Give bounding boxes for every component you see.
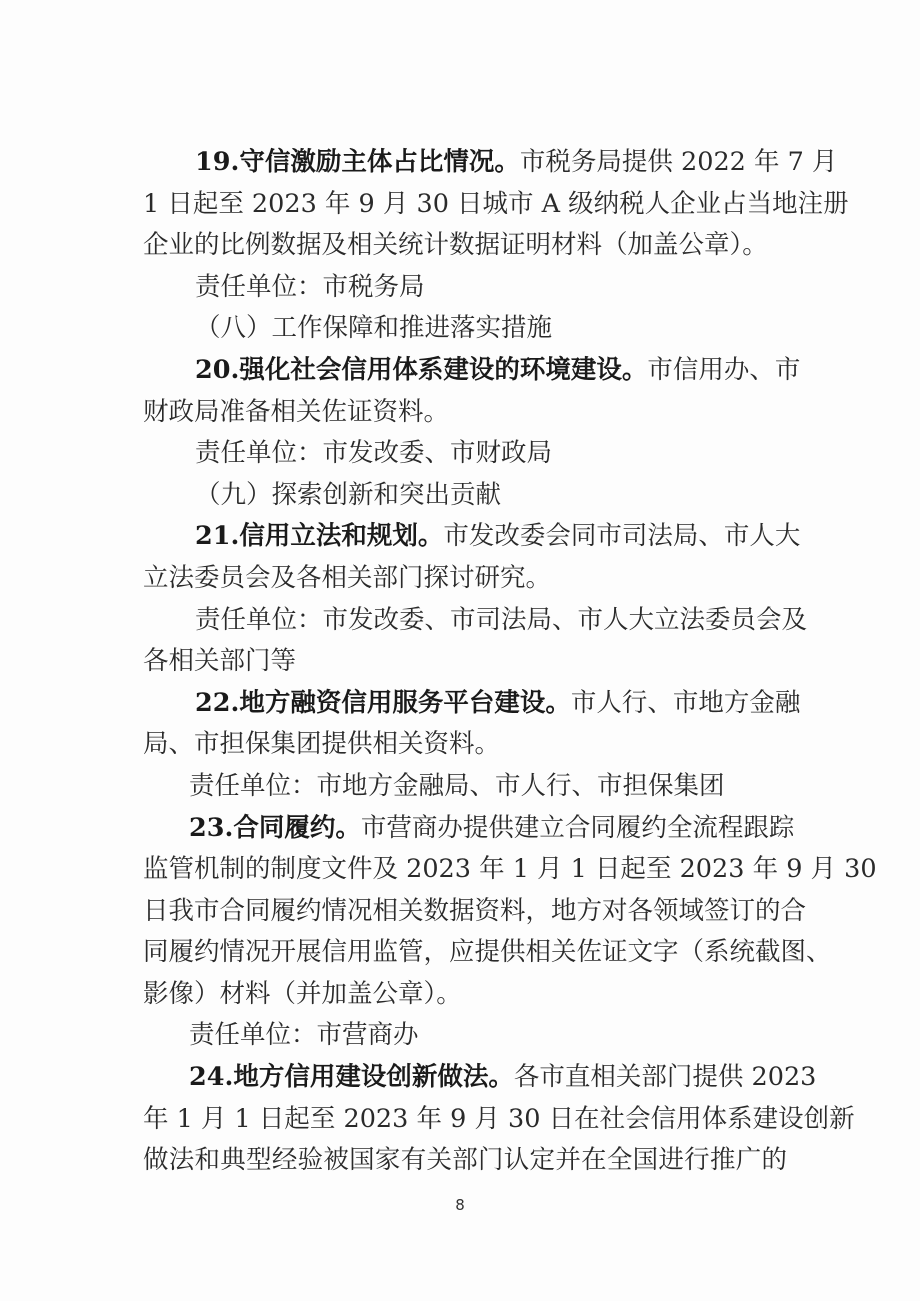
item-text: 市税务局提供 2022 年 7 月 xyxy=(520,147,838,177)
subsection-heading: （八）工作保障和推进落实措施 xyxy=(143,308,787,350)
paragraph-line: 19.守信激励主体占比情况。市税务局提供 2022 年 7 月 xyxy=(143,142,787,184)
paragraph-line: 21.信用立法和规划。市发改委会同市司法局、市人大 xyxy=(143,516,787,558)
paragraph-line: 财政局准备相关佐证资料。 xyxy=(143,392,787,434)
document-body: 19.守信激励主体占比情况。市税务局提供 2022 年 7 月 1 日起至 20… xyxy=(143,142,787,1182)
paragraph-line: 影像）材料（并加盖公章）。 xyxy=(143,974,787,1016)
item-heading: 地方信用建设创新做法。 xyxy=(233,1062,514,1092)
item-text: 市营商办提供建立合同履约全流程跟踪 xyxy=(361,813,795,843)
responsible-unit-continued: 各相关部门等 xyxy=(143,641,787,683)
item-number: 21. xyxy=(195,521,239,551)
paragraph-line: 20.强化社会信用体系建设的环境建设。市信用办、市 xyxy=(143,350,787,392)
item-text: 市人行、市地方金融 xyxy=(571,688,801,718)
responsible-unit: 责任单位：市发改委、市司法局、市人大立法委员会及 xyxy=(143,600,787,642)
item-number: 19. xyxy=(195,147,239,177)
item-text: 各市直相关部门提供 2023 xyxy=(514,1062,817,1092)
responsible-unit: 责任单位：市发改委、市财政局 xyxy=(143,433,787,475)
paragraph-line: 日我市合同履约情况相关数据资料，地方对各领域签订的合 xyxy=(143,891,787,933)
paragraph-line: 立法委员会及各相关部门探讨研究。 xyxy=(143,558,787,600)
item-heading: 合同履约。 xyxy=(233,813,361,843)
paragraph-line: 22.地方融资信用服务平台建设。市人行、市地方金融 xyxy=(143,683,787,725)
item-heading: 信用立法和规划。 xyxy=(239,521,443,551)
item-heading: 强化社会信用体系建设的环境建设。 xyxy=(239,355,647,385)
paragraph-line: 1 日起至 2023 年 9 月 30 日城市 A 级纳税人企业占当地注册 xyxy=(143,184,787,226)
item-heading: 地方融资信用服务平台建设。 xyxy=(239,688,571,718)
paragraph-line: 监管机制的制度文件及 2023 年 1 月 1 日起至 2023 年 9 月 3… xyxy=(143,849,787,891)
paragraph-line: 局、市担保集团提供相关资料。 xyxy=(143,724,787,766)
item-number: 23. xyxy=(189,813,233,843)
paragraph-line: 企业的比例数据及相关统计数据证明材料（加盖公章）。 xyxy=(143,225,787,267)
paragraph-line: 同履约情况开展信用监管，应提供相关佐证文字（系统截图、 xyxy=(143,932,787,974)
document-page: 19.守信激励主体占比情况。市税务局提供 2022 年 7 月 1 日起至 20… xyxy=(0,0,920,1301)
responsible-unit: 责任单位：市税务局 xyxy=(143,267,787,309)
page-number: 8 xyxy=(0,1196,920,1214)
paragraph-line: 23.合同履约。市营商办提供建立合同履约全流程跟踪 xyxy=(143,808,787,850)
item-text: 市发改委会同市司法局、市人大 xyxy=(443,521,800,551)
item-number: 22. xyxy=(195,688,239,718)
item-text: 市信用办、市 xyxy=(647,355,800,385)
item-heading: 守信激励主体占比情况。 xyxy=(239,147,520,177)
subsection-heading: （九）探索创新和突出贡献 xyxy=(143,475,787,517)
paragraph-line: 年 1 月 1 日起至 2023 年 9 月 30 日在社会信用体系建设创新 xyxy=(143,1099,787,1141)
responsible-unit: 责任单位：市营商办 xyxy=(143,1015,787,1057)
paragraph-line: 24.地方信用建设创新做法。各市直相关部门提供 2023 xyxy=(143,1057,787,1099)
responsible-unit: 责任单位：市地方金融局、市人行、市担保集团 xyxy=(143,766,787,808)
paragraph-line: 做法和典型经验被国家有关部门认定并在全国进行推广的 xyxy=(143,1140,787,1182)
item-number: 24. xyxy=(189,1062,233,1092)
item-number: 20. xyxy=(195,355,239,385)
